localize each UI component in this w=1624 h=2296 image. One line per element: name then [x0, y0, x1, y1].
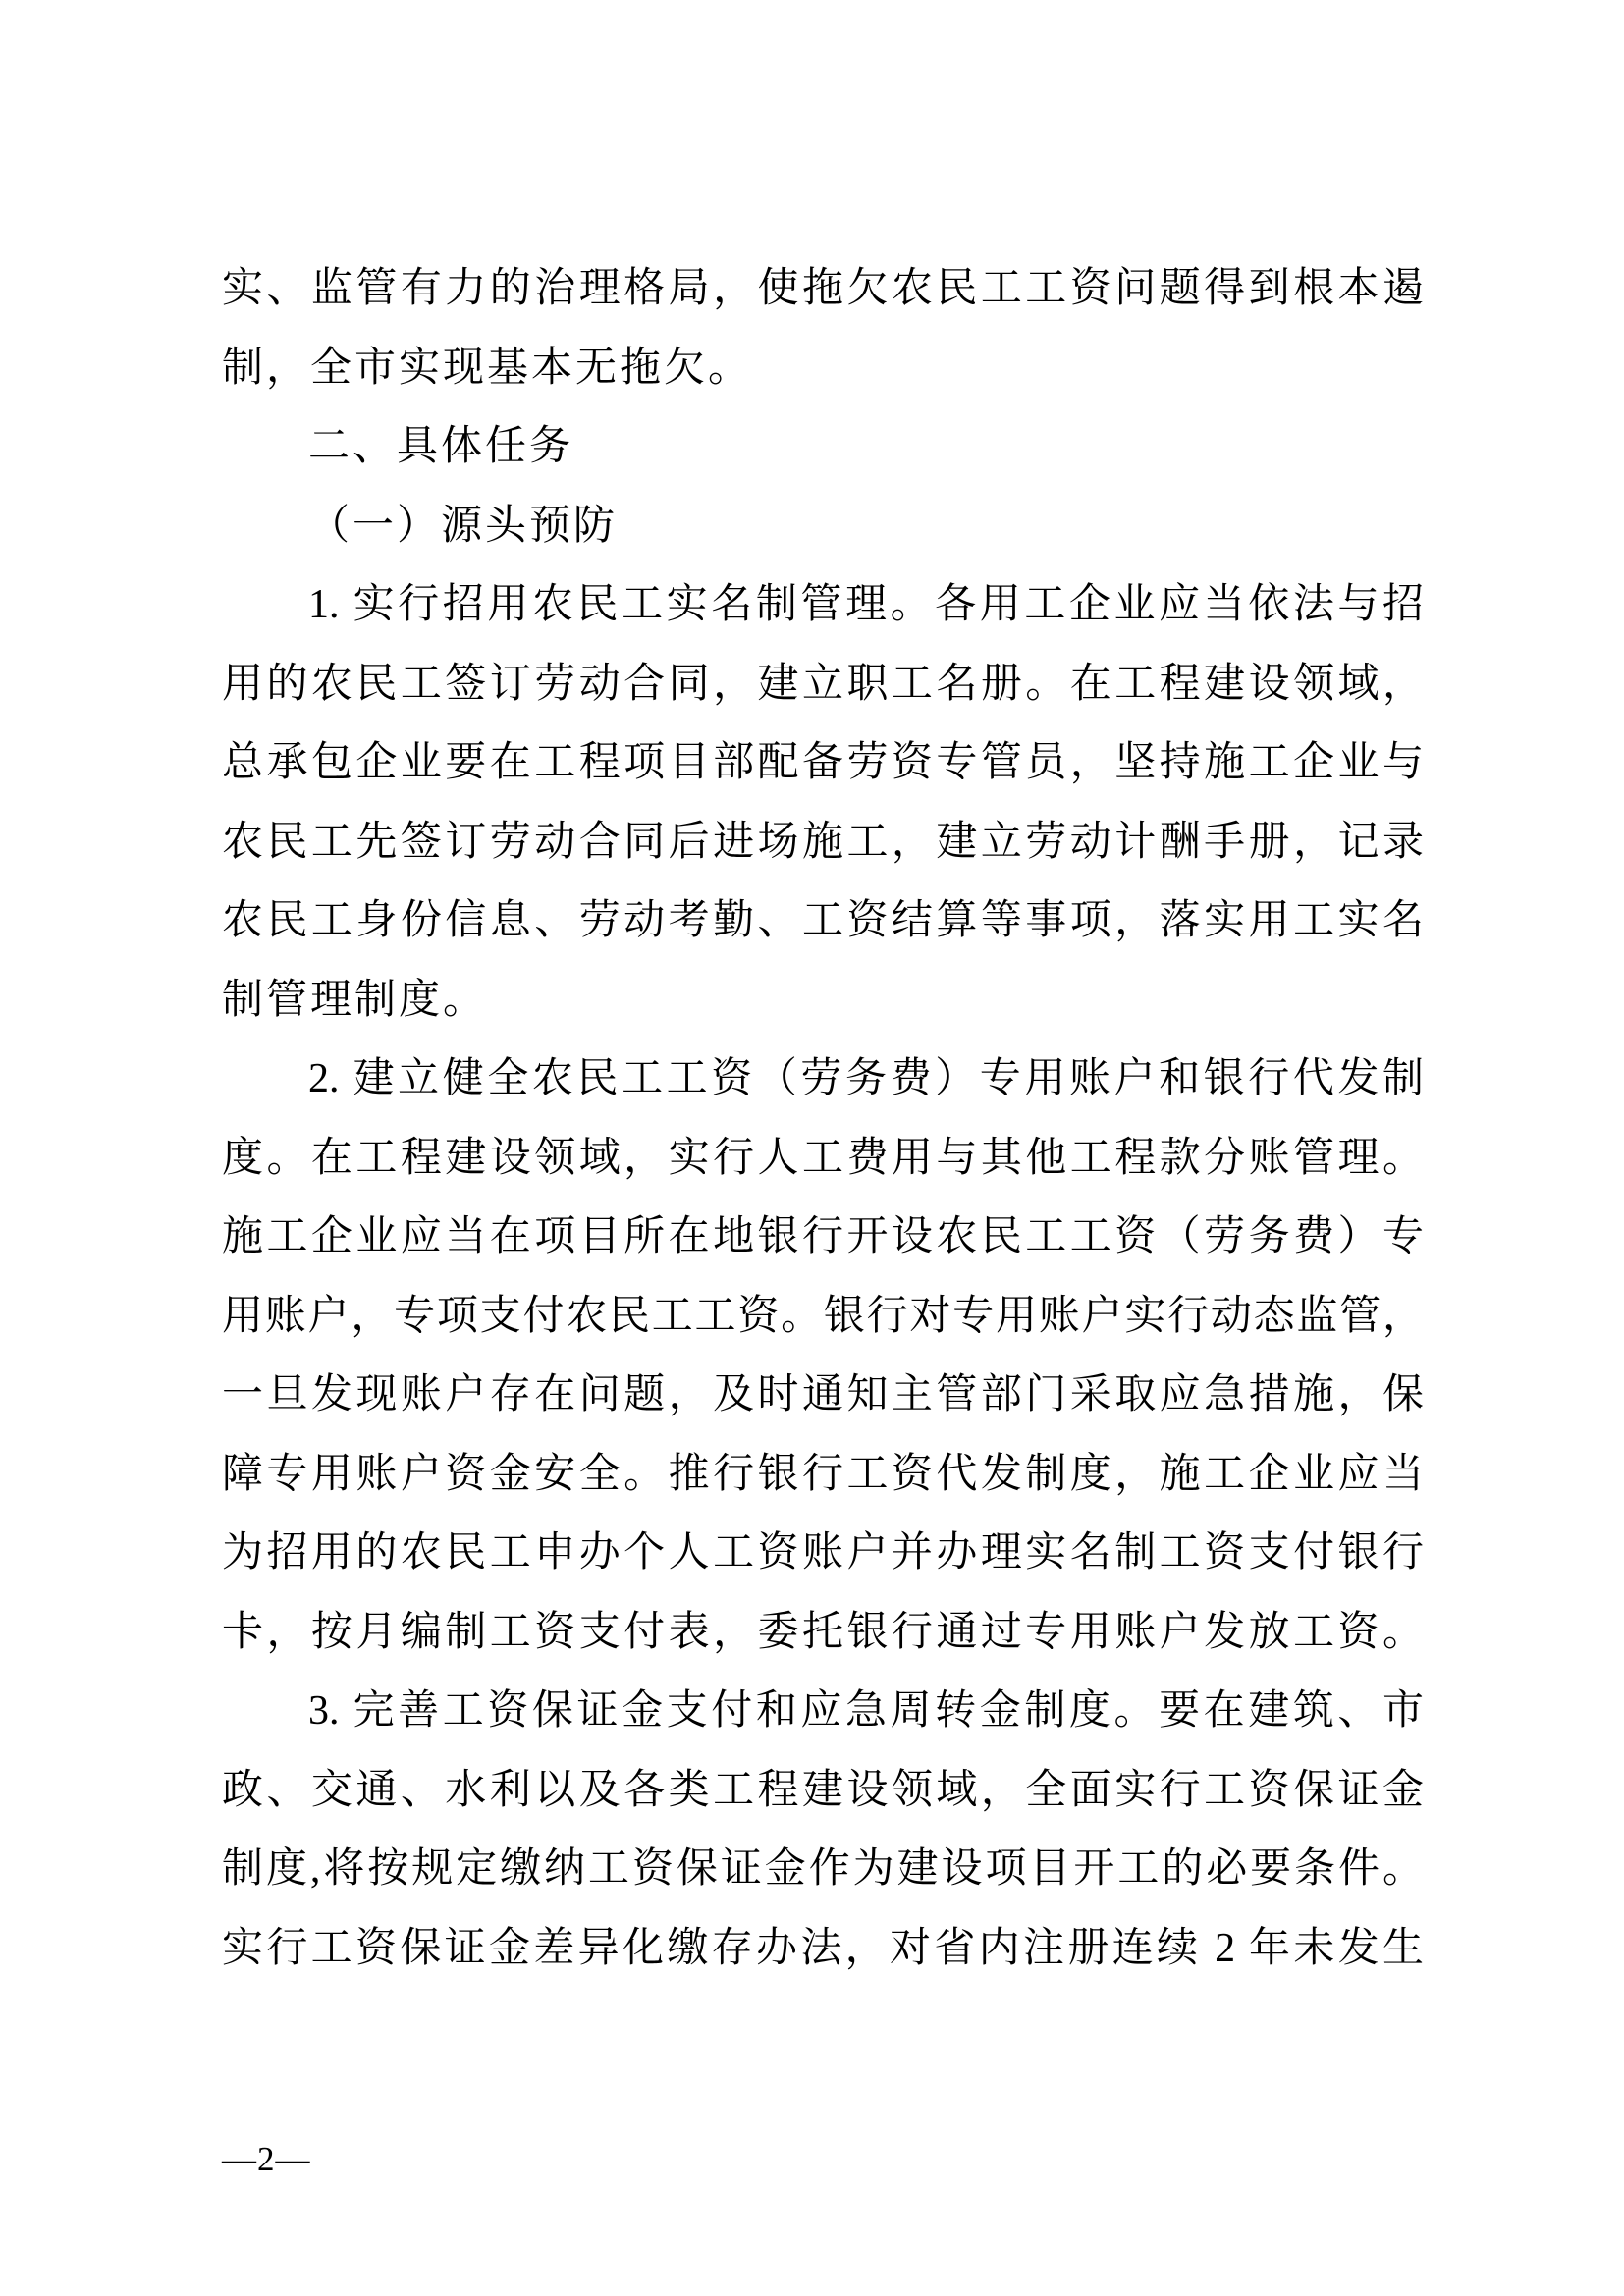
- text-line: 农民工先签订劳动合同后进场施工，建立劳动计酬手册，记录: [222, 803, 1424, 882]
- text-line: 农民工身份信息、劳动考勤、工资结算等事项，落实用工实名: [222, 881, 1424, 961]
- text-line: 实、监管有力的治理格局，使拖欠农民工工资问题得到根本遏: [222, 249, 1424, 329]
- text-line: 用账户，专项支付农民工工资。银行对专用账户实行动态监管，: [222, 1277, 1424, 1357]
- text-line: 实行工资保证金差异化缴存办法，对省内注册连续 2 年未发生: [222, 1909, 1424, 1989]
- text-line: 用的农民工签订劳动合同，建立职工名册。在工程建设领域，: [222, 645, 1424, 724]
- text-line: 2. 建立健全农民工工资（劳务费）专用账户和银行代发制: [222, 1040, 1424, 1119]
- text-line: 障专用账户资金安全。推行银行工资代发制度，施工企业应当: [222, 1435, 1424, 1515]
- text-line: 卡，按月编制工资支付表，委托银行通过专用账户发放工资。: [222, 1593, 1424, 1673]
- page-number: —2—: [222, 2140, 311, 2179]
- text-line: 施工企业应当在项目所在地银行开设农民工工资（劳务费）专: [222, 1198, 1424, 1277]
- text-line: 政、交通、水利以及各类工程建设领域，全面实行工资保证金: [222, 1751, 1424, 1831]
- text-line: 制度,将按规定缴纳工资保证金作为建设项目开工的必要条件。: [222, 1830, 1424, 1909]
- text-line: （一）源头预防: [222, 487, 1424, 566]
- text-line: 总承包企业要在工程项目部配备劳资专管员，坚持施工企业与: [222, 723, 1424, 803]
- text-line: 制，全市实现基本无拖欠。: [222, 329, 1424, 408]
- text-line: 3. 完善工资保证金支付和应急周转金制度。要在建筑、市: [222, 1672, 1424, 1751]
- document-page: 实、监管有力的治理格局，使拖欠农民工工资问题得到根本遏制，全市实现基本无拖欠。二…: [0, 0, 1624, 2296]
- text-line: 制管理制度。: [222, 961, 1424, 1041]
- text-line: 一旦发现账户存在问题，及时通知主管部门采取应急措施，保: [222, 1356, 1424, 1435]
- text-line: 二、具体任务: [222, 407, 1424, 487]
- text-line: 1. 实行招用农民工实名制管理。各用工企业应当依法与招: [222, 565, 1424, 645]
- text-line: 为招用的农民工申办个人工资账户并办理实名制工资支付银行: [222, 1514, 1424, 1593]
- document-body: 实、监管有力的治理格局，使拖欠农民工工资问题得到根本遏制，全市实现基本无拖欠。二…: [222, 249, 1424, 1988]
- text-line: 度。在工程建设领域，实行人工费用与其他工程款分账管理。: [222, 1119, 1424, 1199]
